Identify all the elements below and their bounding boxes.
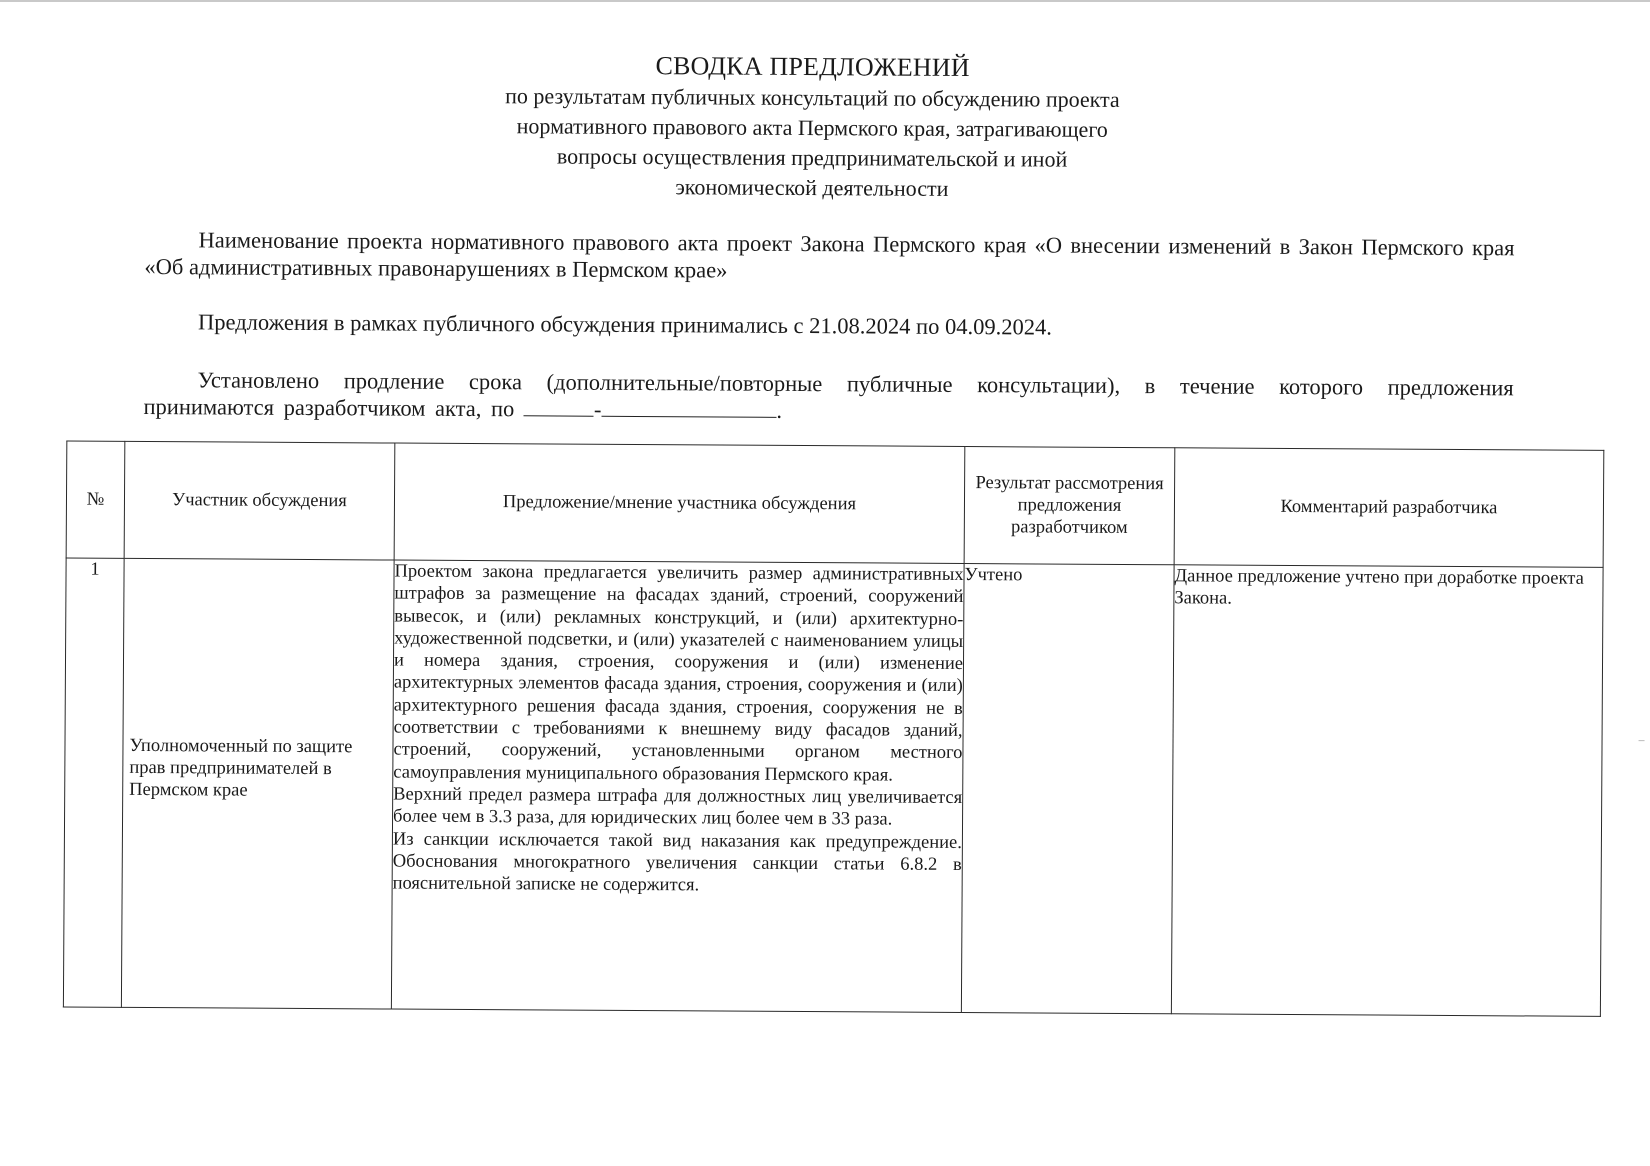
header-participant: Участник обсуждения xyxy=(124,441,395,560)
extension-period-mark: . xyxy=(776,398,782,423)
document-subtitle-line: вопросы осуществления предпринимательско… xyxy=(382,140,1242,174)
table-header-row: № Участник обсуждения Предложение/мнение… xyxy=(66,441,1604,567)
row-result: Учтено xyxy=(961,564,1174,1014)
row-comment: Данное предложение учтено при доработке … xyxy=(1171,565,1603,1017)
scan-artifact xyxy=(1639,740,1645,741)
document-subtitle-line: нормативного правового акта Пермского кр… xyxy=(382,110,1242,144)
table-row: 1 Уполномоченный по защите прав предприн… xyxy=(63,558,1603,1016)
document-subtitle-line: экономической деятельности xyxy=(382,170,1242,204)
document-page: СВОДКА ПРЕДЛОЖЕНИЙ по результатам публич… xyxy=(0,0,1650,1166)
row-number: 1 xyxy=(63,558,124,1007)
document-subtitle-line: по результатам публичных консультаций по… xyxy=(382,80,1242,114)
header-proposal: Предложение/мнение участника обсуждения xyxy=(394,443,965,563)
extension-end-blank xyxy=(601,396,776,418)
project-name-paragraph: Наименование проекта нормативного правов… xyxy=(144,226,1514,288)
extension-start-blank xyxy=(524,395,594,416)
title-block: СВОДКА ПРЕДЛОЖЕНИЙ по результатам публич… xyxy=(382,49,1243,204)
extension-text: Установлено продление срока (дополнитель… xyxy=(143,367,1513,421)
row-participant-cell: Уполномоченный по защите прав предприним… xyxy=(121,558,394,1009)
header-comment: Комментарий разработчика xyxy=(1174,448,1604,568)
consultation-period-paragraph: Предложения в рамках публичного обсужден… xyxy=(144,308,1514,343)
proposals-table: № Участник обсуждения Предложение/мнение… xyxy=(63,441,1604,1017)
proposal-paragraph: Верхний предел размера штрафа для должно… xyxy=(393,783,962,831)
extension-paragraph: Установлено продление срока (дополнитель… xyxy=(143,366,1513,428)
row-participant: Уполномоченный по защите прав предприним… xyxy=(129,735,359,802)
extension-dash: - xyxy=(594,397,602,422)
proposal-paragraph: Из санкции исключается такой вид наказан… xyxy=(393,828,962,898)
document-title: СВОДКА ПРЕДЛОЖЕНИЙ xyxy=(383,49,1243,84)
header-result: Результат рассмотрения предложения разра… xyxy=(964,447,1175,565)
proposal-paragraph: Проектом закона предлагается увеличить р… xyxy=(393,561,963,787)
header-number: № xyxy=(66,441,125,558)
row-proposal: Проектом закона предлагается увеличить р… xyxy=(391,560,964,1012)
